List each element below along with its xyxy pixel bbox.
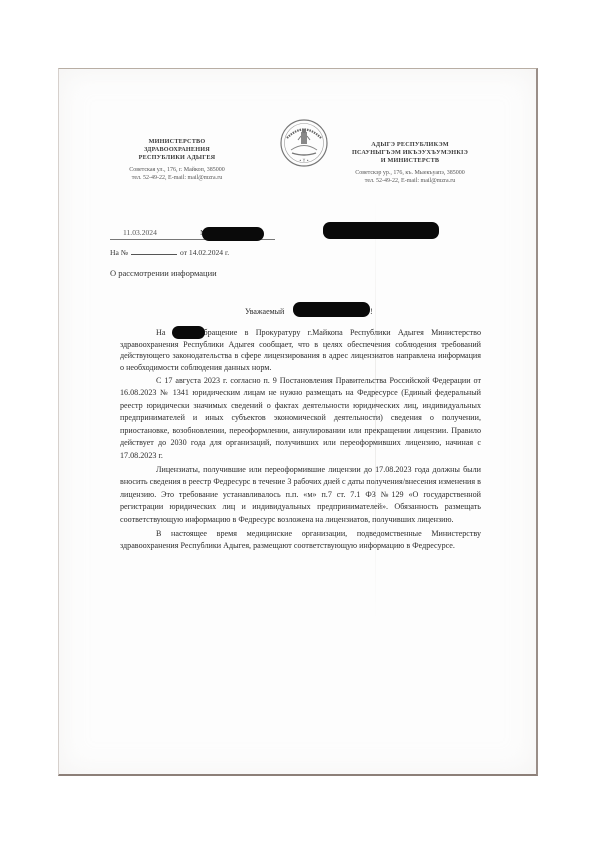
letter-date: 11.03.2024 (123, 228, 157, 237)
reference-prefix: На № (110, 248, 128, 257)
ministry-name-line: МИНИСТЕРСТВО (107, 138, 247, 146)
ministry-address: Советская ул., 176, г. Майкоп, 385000 (107, 166, 247, 174)
ministry-contacts-adyghe: тел. 52-49-22, E-mail: mail@mzra.ru (325, 177, 495, 185)
paragraph-3: Лицензиаты, получившие или переоформивши… (120, 464, 481, 527)
ministry-address-adyghe: Советскэр ур., 176, къ. Мыекъуапэ, 38500… (325, 169, 495, 177)
paragraph-4: В настоящее время медицинские организаци… (120, 528, 481, 553)
svg-text:• Y •: • Y • (299, 158, 309, 163)
ministry-name-adyghe-line: И МИНИСТЕРСТВ (325, 157, 495, 165)
greeting-suffix: ! (370, 307, 373, 316)
letterhead-left: МИНИСТЕРСТВО ЗДРАВООХРАНЕНИЯ РЕСПУБЛИКИ … (107, 138, 247, 182)
ministry-name-adyghe-line: ПСАУНЫГЪЭМ ИКЪЭУХЪУМЭНКIЭ (325, 149, 495, 157)
redaction-recipient-address (323, 222, 439, 239)
greeting-prefix: Уважаемый (245, 307, 284, 316)
paragraph-2: С 17 августа 2023 г. согласно п. 9 Поста… (120, 375, 481, 463)
coat-of-arms-icon: • Y • (279, 117, 329, 169)
letterhead-right: АДЫГЭ РЕСПУБЛИКЭМ ПСАУНЫГЪЭМ ИКЪЭУХЪУМЭН… (325, 141, 495, 185)
letter-body: Наобращение в Прокуратуру г.Майкопа Респ… (120, 327, 481, 554)
redaction-outgoing-number (202, 227, 264, 241)
ministry-name-line: ЗДРАВООХРАНЕНИЯ (107, 146, 247, 154)
greeting: Уважаемый (245, 307, 284, 316)
redaction-applicant-reference (172, 326, 205, 339)
ministry-contacts: тел. 52-49-22, E-mail: mail@mzra.ru (107, 174, 247, 182)
letter-subject: О рассмотрении информации (110, 268, 217, 278)
paragraph-1-prefix: На (156, 328, 165, 337)
reference-number-blank (131, 246, 177, 255)
ministry-name-line: РЕСПУБЛИКИ АДЫГЕЯ (107, 154, 247, 162)
reference-date: от 14.02.2024 г. (180, 248, 229, 257)
ministry-name-adyghe-line: АДЫГЭ РЕСПУБЛИКЭМ (325, 141, 495, 149)
reference-line: На №от 14.02.2024 г. (110, 246, 229, 257)
redaction-recipient-name (293, 302, 370, 317)
